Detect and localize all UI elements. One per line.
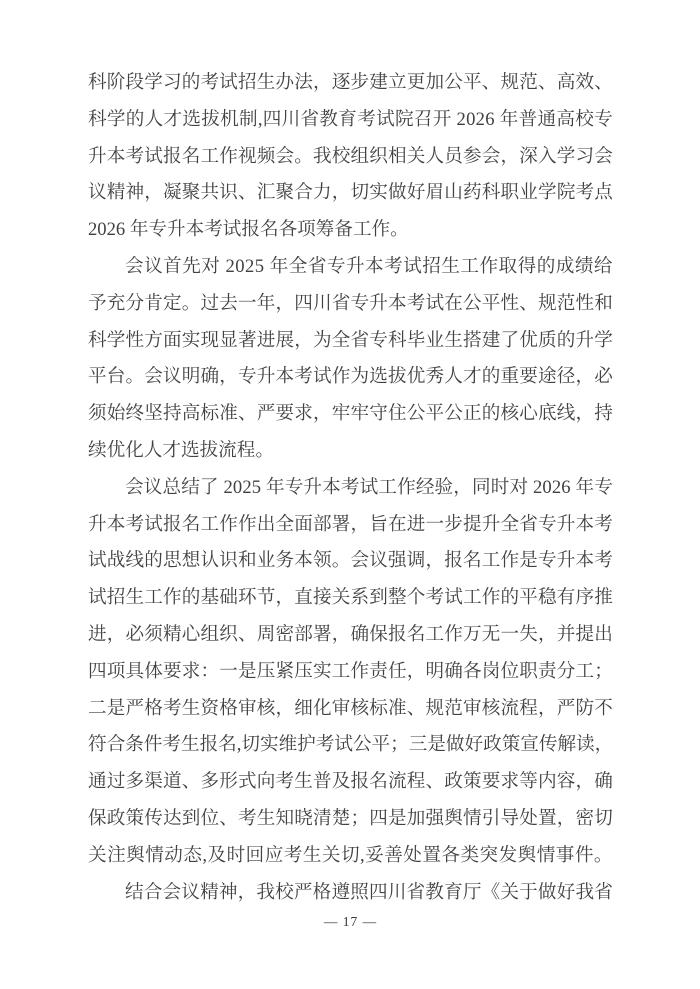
text-line-content: 须始终坚持高标准、严要求，牢牢守住公平公正的核心底线，持	[88, 396, 613, 433]
text-line-content: 科学的人才选拔机制,四川省教育考试院召开 2026 年普通高校专	[88, 102, 613, 139]
text-line-content: 升本考试报名工作作出全面部署，旨在进一步提升全省专升本考	[88, 507, 613, 544]
text-line: 保政策传达到位、考生知晓清楚；四是加强舆情引导处置，密切	[88, 801, 613, 838]
text-line-content: 通过多渠道、多形式向考生普及报名流程、政策要求等内容，确	[88, 764, 613, 801]
text-line-content: 二是严格考生资格审核，细化审核标准、规范审核流程，严防不	[88, 691, 613, 728]
text-line: 结合会议精神，我校严格遵照四川省教育厅《关于做好我省	[88, 875, 613, 912]
text-line-content: 会议总结了 2025 年专升本考试工作经验，同时对 2026 年专	[125, 470, 613, 507]
text-line: 四项具体要求：一是压紧压实工作责任，明确各岗位职责分工；	[88, 654, 613, 691]
text-line-content: 予充分肯定。过去一年，四川省专升本考试在公平性、规范性和	[88, 286, 613, 323]
page-number: — 17 —	[88, 914, 613, 930]
text-line-content: 结合会议精神，我校严格遵照四川省教育厅《关于做好我省	[125, 875, 613, 912]
text-line-content: 升本考试报名工作视频会。我校组织相关人员参会，深入学习会	[88, 139, 613, 176]
text-line: 会议首先对 2025 年全省专升本考试招生工作取得的成绩给	[88, 249, 613, 286]
text-line: 续优化人才选拔流程。	[88, 433, 613, 470]
text-line-content: 续优化人才选拔流程。	[88, 433, 274, 470]
text-line-content: 会议首先对 2025 年全省专升本考试招生工作取得的成绩给	[125, 249, 613, 286]
text-line: 议精神，凝聚共识、汇聚合力，切实做好眉山药科职业学院考点	[88, 175, 613, 212]
text-line: 通过多渠道、多形式向考生普及报名流程、政策要求等内容，确	[88, 764, 613, 801]
text-line: 科学性方面实现显著进展，为全省专科毕业生搭建了优质的升学	[88, 323, 613, 360]
text-line: 试招生工作的基础环节，直接关系到整个考试工作的平稳有序推	[88, 580, 613, 617]
document-page: 科阶段学习的考试招生办法，逐步建立更加公平、规范、高效、科学的人才选拔机制,四川…	[0, 0, 700, 989]
text-line-content: 科学性方面实现显著进展，为全省专科毕业生搭建了优质的升学	[88, 323, 613, 360]
text-line-content: 四项具体要求：一是压紧压实工作责任，明确各岗位职责分工；	[88, 654, 613, 691]
text-line: 科学的人才选拔机制,四川省教育考试院召开 2026 年普通高校专	[88, 102, 613, 139]
text-line: 须始终坚持高标准、严要求，牢牢守住公平公正的核心底线，持	[88, 396, 613, 433]
text-line-content: 保政策传达到位、考生知晓清楚；四是加强舆情引导处置，密切	[88, 801, 613, 838]
text-line-content: 关注舆情动态,及时回应考生关切,妥善处置各类突发舆情事件。	[88, 838, 613, 875]
text-line-content: 试招生工作的基础环节，直接关系到整个考试工作的平稳有序推	[88, 580, 613, 617]
text-line: 会议总结了 2025 年专升本考试工作经验，同时对 2026 年专	[88, 470, 613, 507]
text-line: 升本考试报名工作作出全面部署，旨在进一步提升全省专升本考	[88, 507, 613, 544]
text-line: 二是严格考生资格审核，细化审核标准、规范审核流程，严防不	[88, 691, 613, 728]
text-line-content: 2026 年专升本考试报名各项筹备工作。	[88, 212, 409, 249]
text-line-content: 平台。会议明确，专升本考试作为选拔优秀人才的重要途径，必	[88, 359, 613, 396]
text-line-content: 试战线的思想认识和业务本领。会议强调，报名工作是专升本考	[88, 543, 613, 580]
text-line-content: 符合条件考生报名,切实维护考试公平；三是做好政策宣传解读，	[88, 727, 613, 764]
text-line: 升本考试报名工作视频会。我校组织相关人员参会，深入学习会	[88, 139, 613, 176]
text-line: 符合条件考生报名,切实维护考试公平；三是做好政策宣传解读，	[88, 727, 613, 764]
document-body: 科阶段学习的考试招生办法，逐步建立更加公平、规范、高效、科学的人才选拔机制,四川…	[88, 65, 613, 911]
text-line-content: 科阶段学习的考试招生办法，逐步建立更加公平、规范、高效、	[88, 65, 613, 102]
text-line: 予充分肯定。过去一年，四川省专升本考试在公平性、规范性和	[88, 286, 613, 323]
text-line: 试战线的思想认识和业务本领。会议强调，报名工作是专升本考	[88, 543, 613, 580]
text-line-content: 议精神，凝聚共识、汇聚合力，切实做好眉山药科职业学院考点	[88, 175, 613, 212]
text-line-content: 进，必须精心组织、周密部署，确保报名工作万无一失，并提出	[88, 617, 613, 654]
text-line: 进，必须精心组织、周密部署，确保报名工作万无一失，并提出	[88, 617, 613, 654]
text-line: 科阶段学习的考试招生办法，逐步建立更加公平、规范、高效、	[88, 65, 613, 102]
text-line: 2026 年专升本考试报名各项筹备工作。	[88, 212, 613, 249]
text-line: 关注舆情动态,及时回应考生关切,妥善处置各类突发舆情事件。	[88, 838, 613, 875]
text-line: 平台。会议明确，专升本考试作为选拔优秀人才的重要途径，必	[88, 359, 613, 396]
